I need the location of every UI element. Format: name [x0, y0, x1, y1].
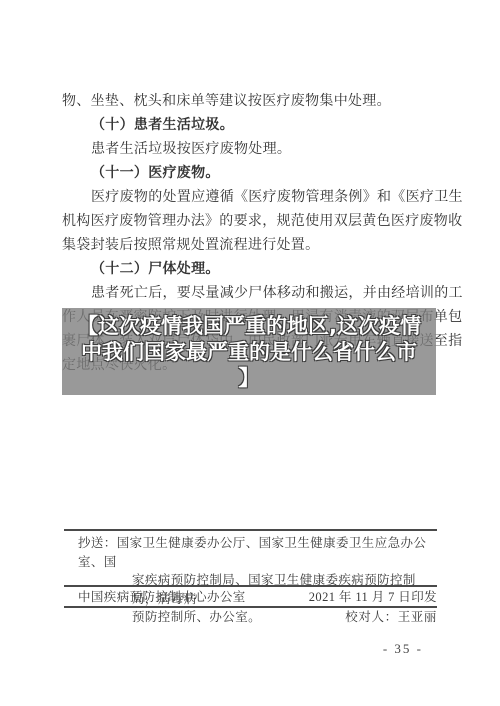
cc-line: 抄送：国家卫生健康委办公厅、国家卫生健康委卫生应急办公室、国 [78, 534, 440, 571]
caption-line: 】 [239, 365, 260, 391]
body-line: 患者死亡后，要尽量减少尸体移动和搬运，并由经培训的工 [62, 282, 440, 306]
body-heading-12: （十二）尸体处理。 [62, 258, 440, 282]
caption-line: 中我们国家最严重的是什么省什么市 [81, 339, 417, 365]
issue-row: 中国疾病预防控制中心办公室 2021 年 11 月 7 日印发 [78, 589, 437, 605]
body-line: 集袋封装后按照常规处置流程进行处置。 [62, 234, 440, 258]
print-date: 2021 年 11 月 7 日印发 [309, 589, 437, 605]
caption-line: 【这次疫情我国严重的地区,这次疫情 [77, 313, 421, 339]
body-line: 物、坐垫、枕头和床单等建议按医疗废物集中处理。 [62, 90, 440, 114]
proofreader-row: 校对人：王亚丽 [78, 610, 437, 625]
body-heading-10: （十）患者生活垃圾。 [62, 114, 440, 138]
issuer-name: 中国疾病预防控制中心办公室 [78, 589, 246, 605]
document-page: 物、坐垫、枕头和床单等建议按医疗废物集中处理。 （十）患者生活垃圾。 患者生活垃… [0, 0, 500, 706]
footer-rule-middle [64, 585, 437, 587]
body-line: 患者生活垃圾按医疗废物处理。 [62, 138, 440, 162]
caption-overlay: 【这次疫情我国严重的地区,这次疫情 中我们国家最严重的是什么省什么市 】 [62, 308, 436, 395]
footer-rule-bottom [64, 606, 437, 608]
body-line: 机构医疗废物管理办法》的要求，规范使用双层黄色医疗废物收 [62, 210, 440, 234]
footer-rule-top [64, 529, 437, 531]
page-number: - 35 - [383, 641, 423, 657]
body-heading-11: （十一）医疗废物。 [62, 162, 440, 186]
body-line: 医疗废物的处置应遵循《医疗废物管理条例》和《医疗卫生 [62, 186, 440, 210]
